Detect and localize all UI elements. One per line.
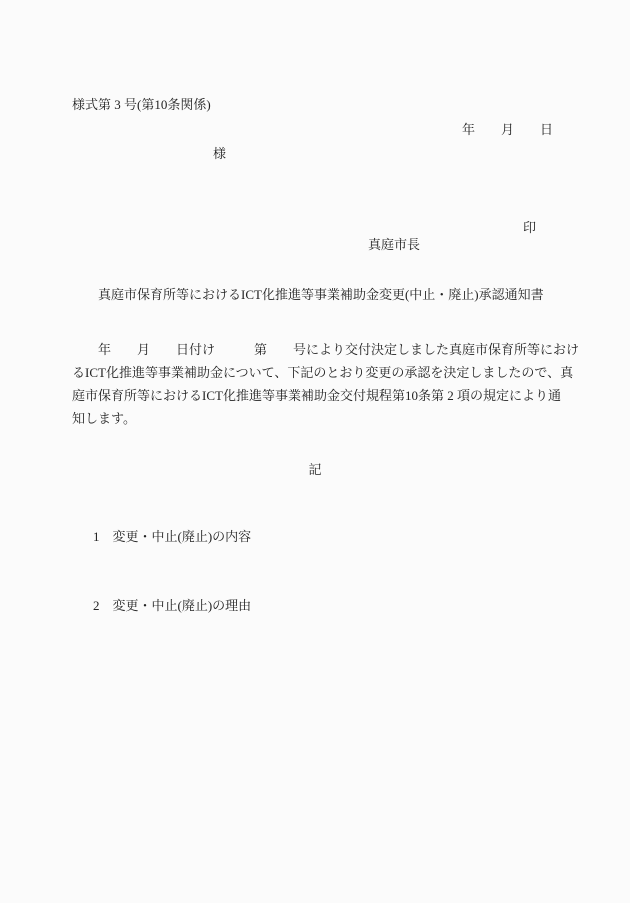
- sender-line: 真庭市長 印: [355, 219, 555, 287]
- item-2-heading: 2変更・中止(廃止)の理由: [80, 580, 251, 631]
- body-line-3: 庭市保育所等におけるICT化推進等事業補助金交付規程第10条第 2 項の規定によ…: [72, 387, 561, 404]
- document-title: 真庭市保育所等におけるICT化推進等事業補助金変更(中止・廃止)承認通知書: [98, 286, 544, 303]
- item-1-number: 1: [93, 529, 100, 544]
- form-number: 様式第 3 号(第10条関係): [72, 96, 211, 113]
- date-line: 年 月 日: [462, 121, 553, 138]
- item-2-number: 2: [93, 598, 100, 613]
- record-marker: 記: [0, 461, 630, 478]
- body-line-4: 知します。: [72, 410, 136, 427]
- addressee-honorific: 様: [213, 145, 226, 162]
- document-page: 様式第 3 号(第10条関係) 年 月 日 様 真庭市長 印 真庭市保育所等にお…: [0, 0, 630, 903]
- item-2-label: 変更・中止(廃止)の理由: [113, 598, 252, 613]
- seal-mark: 印: [523, 219, 536, 236]
- item-1-heading: 1変更・中止(廃止)の内容: [80, 511, 251, 562]
- body-line-1: 年 月 日付け 第 号により交付決定しました真庭市保育所等におけ: [72, 341, 579, 358]
- body-line-2: るICT化推進等事業補助金について、下記のとおり変更の承認を決定しましたので、真: [72, 364, 573, 381]
- item-1-label: 変更・中止(廃止)の内容: [113, 529, 252, 544]
- sender-name: 真庭市長: [368, 237, 420, 252]
